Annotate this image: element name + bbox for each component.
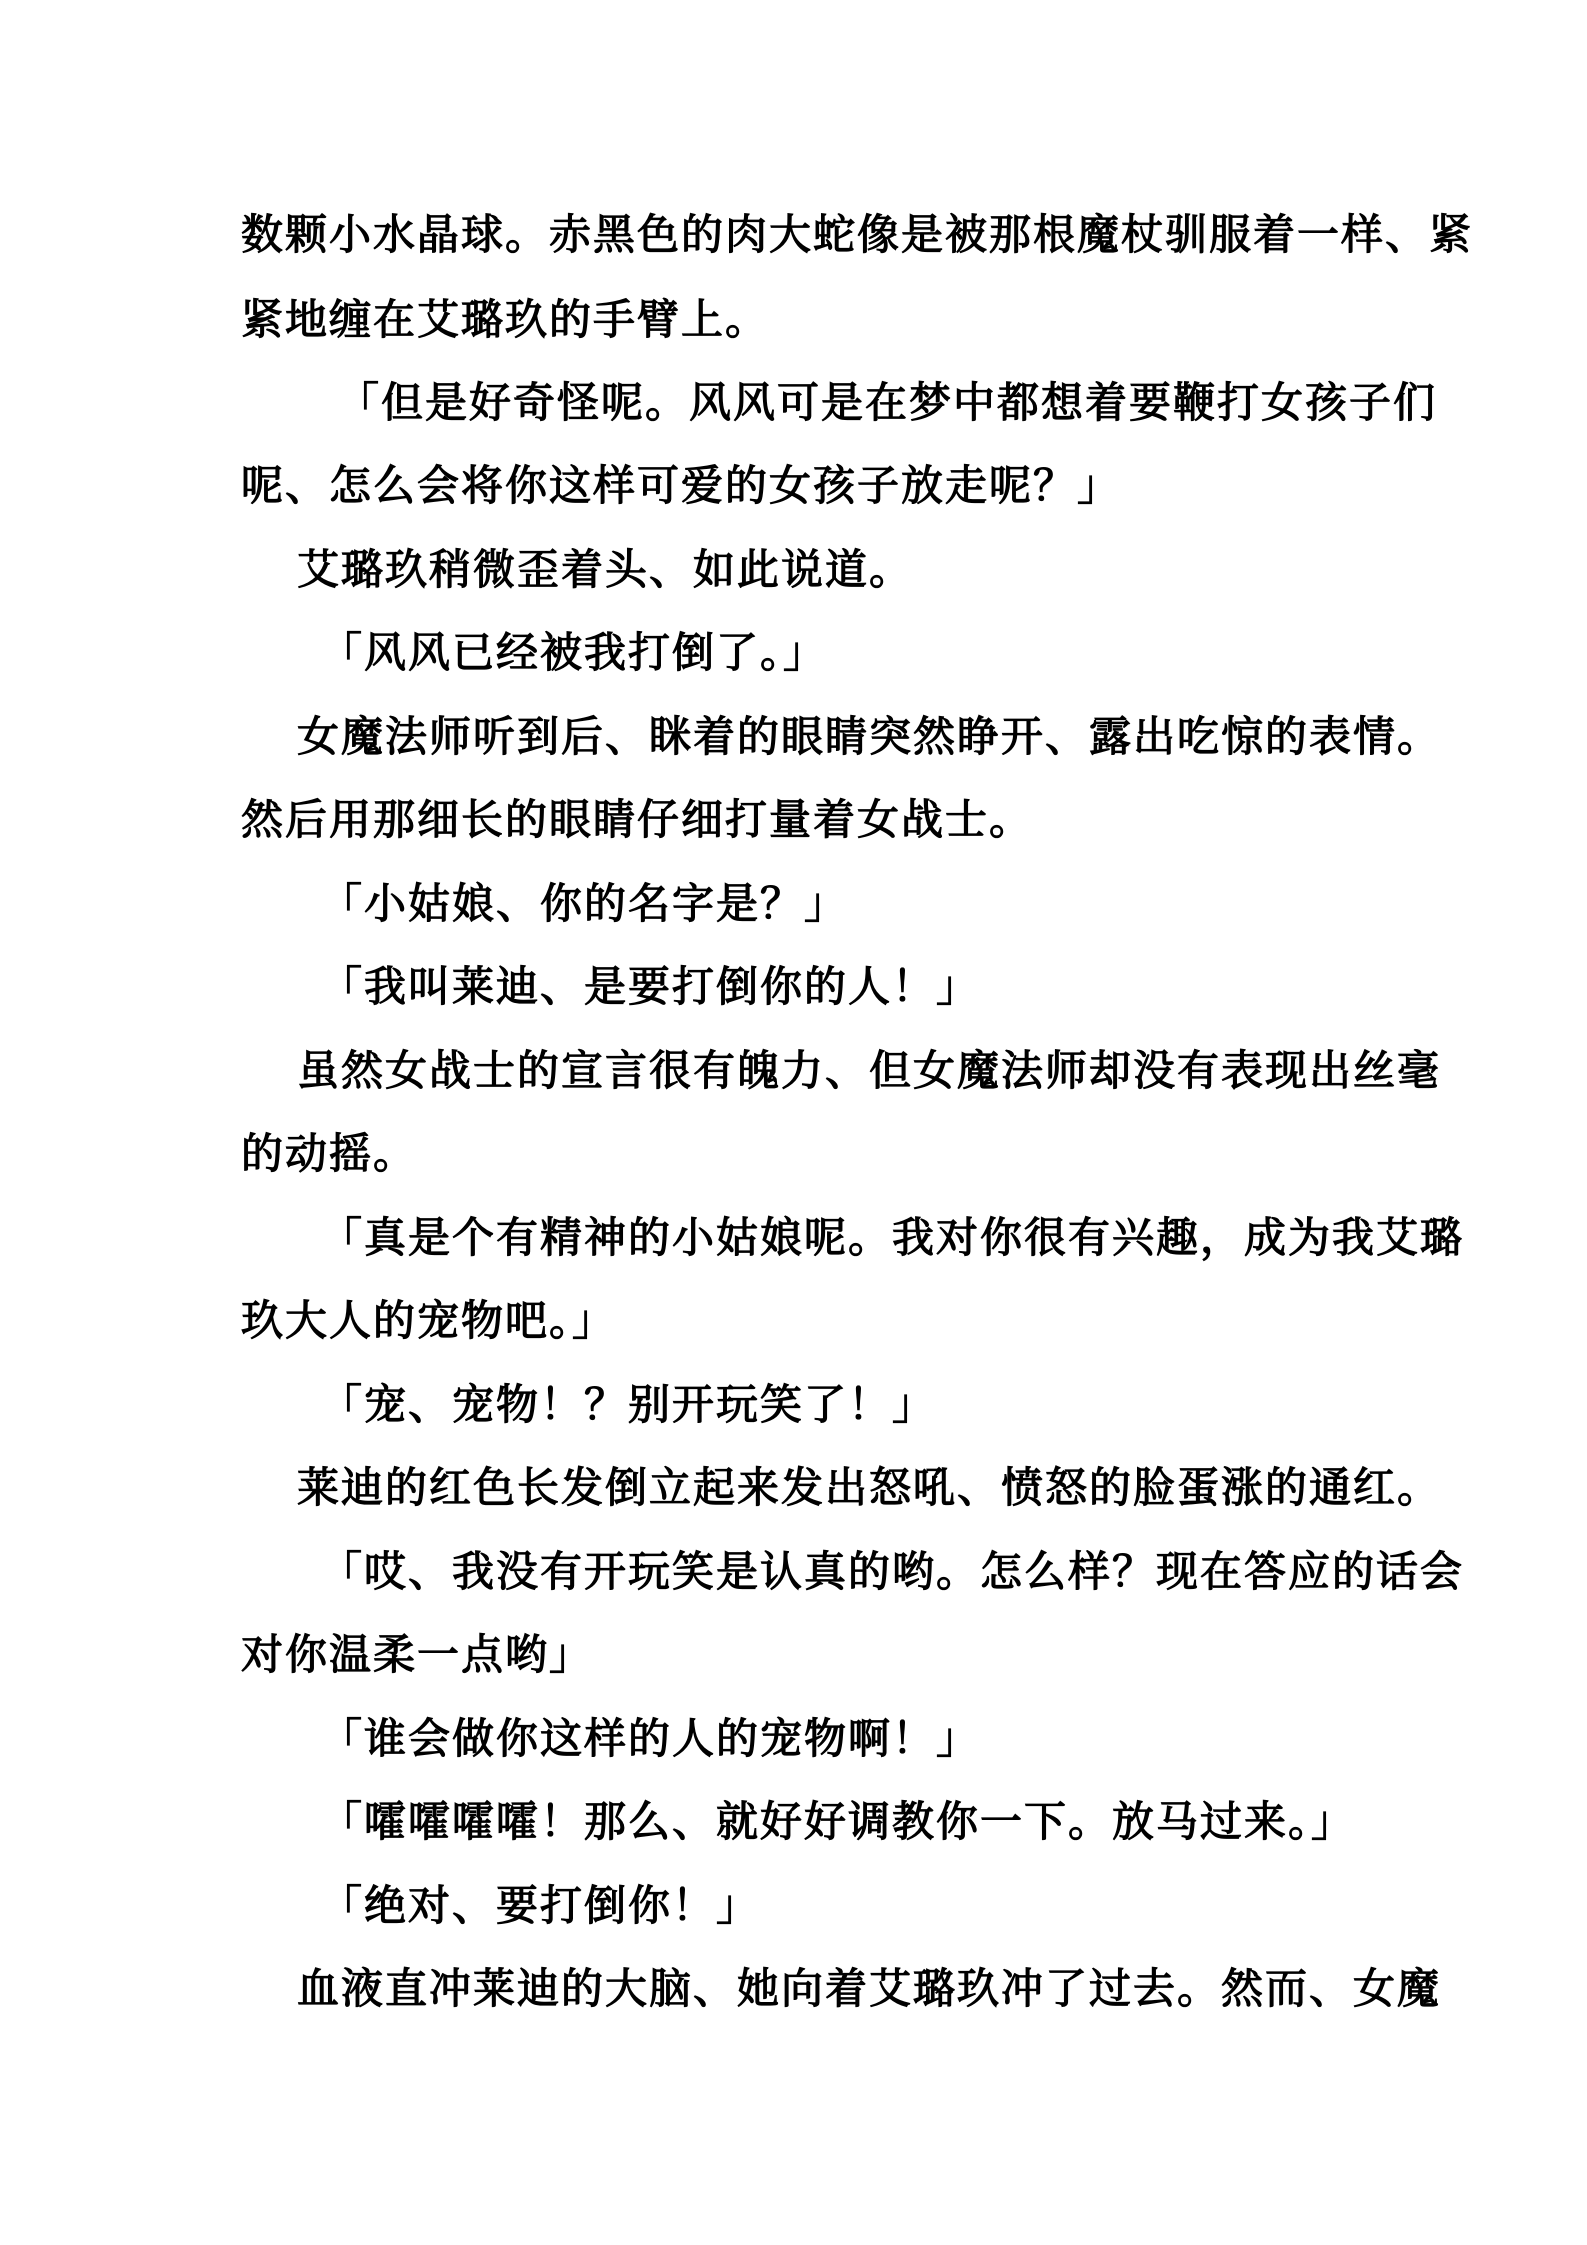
narration-line: 女魔法师听到后、眯着的眼睛突然睁开、露出吃惊的表情。 [297, 712, 1441, 762]
text-line: 然后用那细长的眼睛仔细打量着女战士。 [241, 795, 1033, 845]
dialogue-line: 「绝对、要打倒你！」 [320, 1881, 760, 1931]
dialogue-line: 「我叫莱迪、是要打倒你的人！」 [320, 962, 980, 1012]
text-line: 呢、怎么会将你这样可爱的女孩子放走呢？」 [241, 461, 1121, 511]
dialogue-line: 「但是好奇怪呢。风风可是在梦中都想着要鞭打女孩子们 [337, 378, 1437, 428]
dialogue-line: 「哎、我没有开玩笑是认真的哟。怎么样？现在答应的话会 [320, 1547, 1464, 1597]
document-page: 数颗小水晶球。赤黑色的肉大蛇像是被那根魔杖驯服着一样、紧 紧地缠在艾璐玖的手臂上… [0, 0, 1587, 2245]
narration-line: 虽然女战士的宣言很有魄力、但女魔法师却没有表现出丝毫 [297, 1046, 1441, 1096]
text-line: 对你温柔一点哟」 [241, 1630, 593, 1680]
dialogue-line: 「风风已经被我打倒了。」 [320, 628, 827, 678]
narration-line: 莱迪的红色长发倒立起来发出怒吼、愤怒的脸蛋涨的通红。 [297, 1463, 1441, 1513]
dialogue-line: 「小姑娘、你的名字是？」 [320, 879, 848, 929]
dialogue-line: 「嚯嚯嚯嚯！那么、就好好调教你一下。放马过来。」 [320, 1797, 1355, 1847]
dialogue-line: 「真是个有精神的小姑娘呢。我对你很有兴趣，成为我艾璐 [320, 1213, 1464, 1263]
narration-line: 艾璐玖稍微歪着头、如此说道。 [297, 545, 913, 595]
dialogue-line: 「宠、宠物！？别开玩笑了！」 [320, 1380, 936, 1430]
text-line: 玖大人的宠物吧。」 [241, 1296, 616, 1346]
text-line: 紧地缠在艾璐玖的手臂上。 [241, 295, 769, 345]
narration-line: 血液直冲莱迪的大脑、她向着艾璐玖冲了过去。然而、女魔 [297, 1964, 1441, 2014]
text-line: 的动摇。 [241, 1129, 417, 1179]
text-line: 数颗小水晶球。赤黑色的肉大蛇像是被那根魔杖驯服着一样、紧 [241, 210, 1473, 260]
dialogue-line: 「谁会做你这样的人的宠物啊！」 [320, 1714, 980, 1764]
